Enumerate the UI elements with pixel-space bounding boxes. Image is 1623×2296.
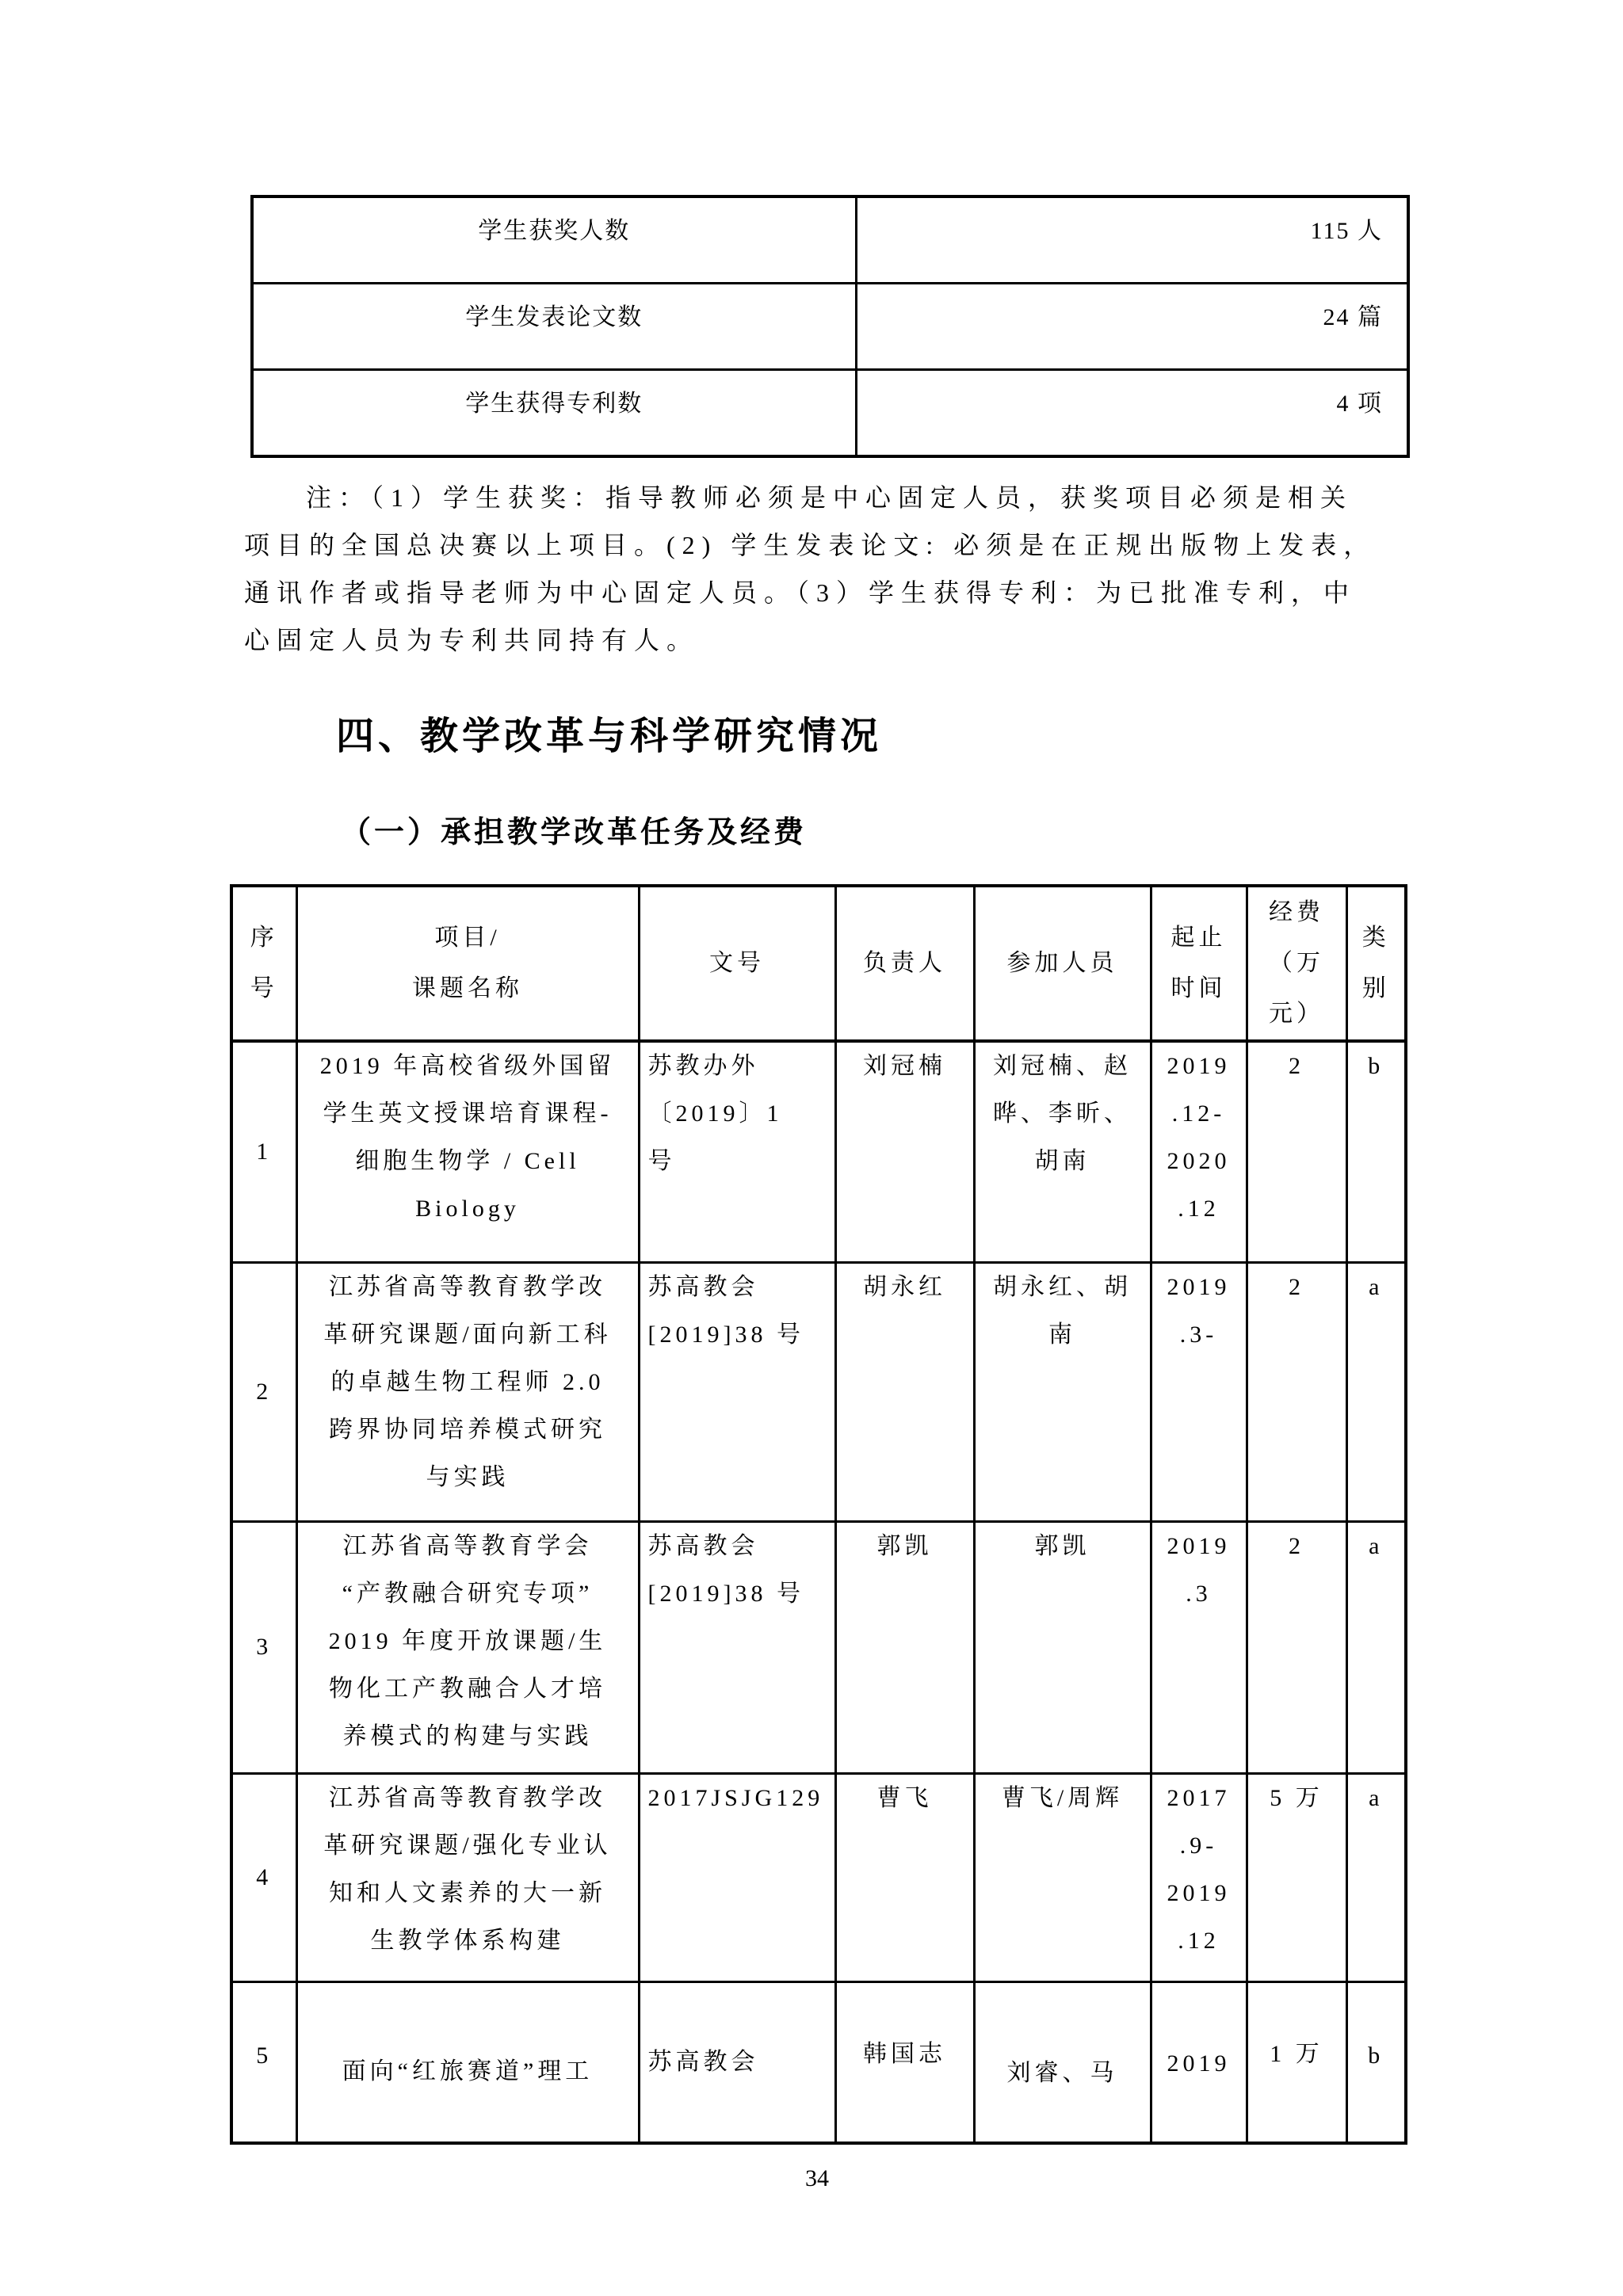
- cell-participants: 刘冠楠、赵 晔、李昕、 胡南: [974, 1041, 1151, 1262]
- table-row: 学生获奖人数 115 人: [252, 196, 1408, 284]
- cell-category: a: [1346, 1262, 1406, 1521]
- header-leader: 负责人: [835, 886, 974, 1041]
- cell-no: 5: [231, 1981, 296, 2143]
- cell-doc-no: 苏高教会 [2019]38 号: [639, 1521, 835, 1773]
- header-project: 项目/ 课题名称: [296, 886, 639, 1041]
- cell-doc-no: 苏教办外 〔2019〕1 号: [639, 1041, 835, 1262]
- cell-no: 3: [231, 1521, 296, 1773]
- cell-project: 江苏省高等教育教学改 革研究课题/强化专业认 知和人文素养的大一新 生教学体系构…: [296, 1773, 639, 1981]
- cell-category: b: [1346, 1041, 1406, 1262]
- cell-doc-no: 2017JSJG129: [639, 1773, 835, 1981]
- table-header-row: 序 号 项目/ 课题名称 文号 负责人 参加人员 起止 时间 经费 （万 元） …: [231, 886, 1406, 1041]
- cell-leader: 郭凯: [835, 1521, 974, 1773]
- table-row: 学生获得专利数 4 项: [252, 370, 1408, 457]
- cell-funds: 1 万: [1247, 1981, 1346, 2143]
- cell-participants: 胡永红、胡 南: [974, 1262, 1151, 1521]
- student-achievement-table: 学生获奖人数 115 人 学生发表论文数 24 篇 学生获得专利数 4 项: [250, 195, 1410, 458]
- cell-period: 2019 .3: [1151, 1521, 1247, 1773]
- cell-period: 2019 .12- 2020 .12: [1151, 1041, 1247, 1262]
- table-row: 3 江苏省高等教育学会 “产教融合研究专项” 2019 年度开放课题/生 物化工…: [231, 1521, 1406, 1773]
- cell-period: 2019: [1151, 1981, 1247, 2143]
- cell-funds: 2: [1247, 1521, 1346, 1773]
- cell-leader: 韩国志: [835, 1981, 974, 2143]
- cell-project: 江苏省高等教育教学改 革研究课题/面向新工科 的卓越生物工程师 2.0 跨界协同…: [296, 1262, 639, 1521]
- cell-participants: 郭凯: [974, 1521, 1151, 1773]
- cell-participants-text: 刘睿、马: [978, 2031, 1148, 2094]
- cell-category: b: [1346, 1981, 1406, 2143]
- cell-leader: 胡永红: [835, 1262, 974, 1521]
- table-row: 1 2019 年高校省级外国留 学生英文授课培育课程- 细胞生物学 / Cell…: [231, 1041, 1406, 1262]
- section-heading: 四、教学改革与科学研究情况: [336, 705, 1623, 760]
- cell-no: 1: [231, 1041, 296, 1262]
- cell-period: 2017 .9- 2019 .12: [1151, 1773, 1247, 1981]
- cell-period: 2019 .3-: [1151, 1262, 1247, 1521]
- summary-value: 24 篇: [856, 284, 1408, 370]
- cell-funds: 5 万: [1247, 1773, 1346, 1981]
- cell-leader-text: 韩国志: [839, 2031, 971, 2094]
- table-row: 2 江苏省高等教育教学改 革研究课题/面向新工科 的卓越生物工程师 2.0 跨界…: [231, 1262, 1406, 1521]
- header-period: 起止 时间: [1151, 886, 1247, 1041]
- table-row-clipped: 5 面向“红旅赛道”理工 苏高教会 韩国志 刘睿、马 2019: [231, 1981, 1406, 2143]
- cell-funds-text: 1 万: [1251, 2031, 1343, 2094]
- cell-participants: 曹飞/周辉: [974, 1773, 1151, 1981]
- cell-participants: 刘睿、马: [974, 1981, 1151, 2143]
- cell-no: 2: [231, 1262, 296, 1521]
- header-no: 序 号: [231, 886, 296, 1041]
- cell-project: 江苏省高等教育学会 “产教融合研究专项” 2019 年度开放课题/生 物化工产教…: [296, 1521, 639, 1773]
- header-doc-no: 文号: [639, 886, 835, 1041]
- cell-no-text: 5: [235, 2031, 293, 2094]
- summary-label: 学生获奖人数: [252, 196, 856, 284]
- summary-value: 4 项: [856, 370, 1408, 457]
- page-number: 34: [230, 2165, 1404, 2192]
- cell-no: 4: [231, 1773, 296, 1981]
- document-page: 学生获奖人数 115 人 学生发表论文数 24 篇 学生获得专利数 4 项 注：…: [0, 0, 1623, 2192]
- cell-project: 2019 年高校省级外国留 学生英文授课培育课程- 细胞生物学 / Cell B…: [296, 1041, 639, 1262]
- cell-doc-no: 苏高教会 [2019]38 号: [639, 1262, 835, 1521]
- cell-leader: 刘冠楠: [835, 1041, 974, 1262]
- cell-project-text: 面向“红旅赛道”理工: [300, 2031, 636, 2094]
- cell-leader: 曹飞: [835, 1773, 974, 1981]
- header-participants: 参加人员: [974, 886, 1151, 1041]
- cell-category: a: [1346, 1521, 1406, 1773]
- cell-funds: 2: [1247, 1041, 1346, 1262]
- cell-category-text: b: [1350, 2031, 1403, 2094]
- note-paragraph: 注：（1）学生获奖：指导教师必须是中心固定人员，获奖项目必须是相关 项目的全国总…: [244, 474, 1403, 664]
- table-row: 学生发表论文数 24 篇: [252, 284, 1408, 370]
- header-funds: 经费 （万 元）: [1247, 886, 1346, 1041]
- projects-table: 序 号 项目/ 课题名称 文号 负责人 参加人员 起止 时间 经费 （万 元） …: [230, 884, 1407, 2145]
- summary-label: 学生获得专利数: [252, 370, 856, 457]
- header-category: 类 别: [1346, 886, 1406, 1041]
- cell-period-text: 2019: [1155, 2031, 1243, 2094]
- subsection-heading: （一）承担教学改革任务及经费: [341, 807, 1623, 851]
- summary-label: 学生发表论文数: [252, 284, 856, 370]
- cell-project: 面向“红旅赛道”理工: [296, 1981, 639, 2143]
- cell-doc-no: 苏高教会: [639, 1981, 835, 2143]
- cell-doc-no-text: 苏高教会: [648, 2031, 832, 2094]
- summary-value: 115 人: [856, 196, 1408, 284]
- cell-funds: 2: [1247, 1262, 1346, 1521]
- table-row: 4 江苏省高等教育教学改 革研究课题/强化专业认 知和人文素养的大一新 生教学体…: [231, 1773, 1406, 1981]
- cell-category: a: [1346, 1773, 1406, 1981]
